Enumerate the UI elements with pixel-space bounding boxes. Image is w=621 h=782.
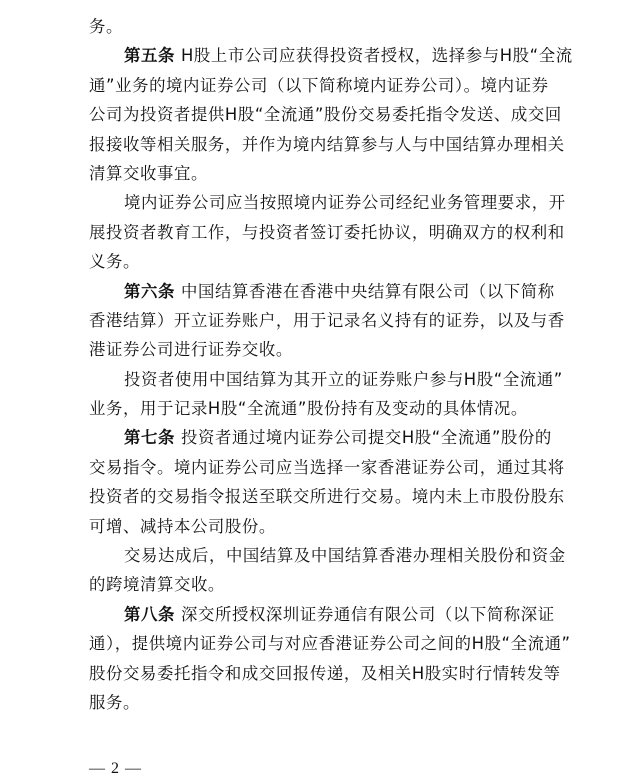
text-line: 股份交易委托指令和成交回报传递，及相关H股实时行情转发等 [89, 659, 533, 688]
article-number: 第八条 [124, 605, 175, 624]
text-line: 义务。 [89, 247, 533, 276]
text-line: 通），提供境内证券公司与对应香港证券公司之间的H股“全流通” [89, 629, 533, 658]
article-5-first-line: 第五条H股上市公司应获得投资者授权，选择参与H股“全流 [89, 41, 533, 70]
page-number: — 2 — [89, 760, 142, 778]
text-line: 业务，用于记录H股“全流通”股份持有及变动的具体情况。 [89, 394, 533, 423]
text-line: 港证券公司进行证券交收。 [89, 335, 533, 364]
text-line: 投资者通过境内证券公司提交H股“全流通”股份的 [181, 428, 552, 447]
article-number: 第六条 [124, 282, 175, 301]
text-line: 交易指令。境内证券公司应当选择一家香港证券公司，通过其将 [89, 453, 533, 482]
text-line: 服务。 [89, 688, 533, 717]
text-line: 中国结算香港在香港中央结算有限公司（以下简称 [181, 282, 555, 301]
text-line: 清算交收事宜。 [89, 159, 533, 188]
text-line: 务。 [89, 12, 533, 41]
text-line: 可增、减持本公司股份。 [89, 512, 533, 541]
text-line: 投资者使用中国结算为其开立的证券账户参与H股“全流通” [89, 365, 533, 394]
article-7-first-line: 第七条投资者通过境内证券公司提交H股“全流通”股份的 [89, 423, 533, 452]
text-line: 公司为投资者提供H股“全流通”股份交易委托指令发送、成交回 [89, 100, 533, 129]
text-line: 投资者的交易指令报送至联交所进行交易。境内未上市股份股东 [89, 482, 533, 511]
article-number: 第七条 [124, 428, 175, 447]
document-page: 务。 第五条H股上市公司应获得投资者授权，选择参与H股“全流 通”业务的境内证券… [89, 12, 533, 717]
text-line: 的跨境清算交收。 [89, 570, 533, 599]
text-line: 境内证券公司应当按照境内证券公司经纪业务管理要求，开 [89, 188, 533, 217]
text-line: 通”业务的境内证券公司（以下简称境内证券公司）。境内证券 [89, 71, 533, 100]
text-line: H股上市公司应获得投资者授权，选择参与H股“全流 [181, 46, 573, 65]
article-number: 第五条 [124, 46, 175, 65]
article-6-first-line: 第六条中国结算香港在香港中央结算有限公司（以下简称 [89, 277, 533, 306]
text-line: 交易达成后，中国结算及中国结算香港办理相关股份和资金 [89, 541, 533, 570]
article-8-first-line: 第八条深交所授权深圳证券通信有限公司（以下简称深证 [89, 600, 533, 629]
text-line: 香港结算）开立证券账户，用于记录名义持有的证券，以及与香 [89, 306, 533, 335]
text-line: 报接收等相关服务，并作为境内结算参与人与中国结算办理相关 [89, 130, 533, 159]
text-line: 深交所授权深圳证券通信有限公司（以下简称深证 [181, 605, 555, 624]
text-line: 展投资者教育工作，与投资者签订委托协议，明确双方的权利和 [89, 218, 533, 247]
